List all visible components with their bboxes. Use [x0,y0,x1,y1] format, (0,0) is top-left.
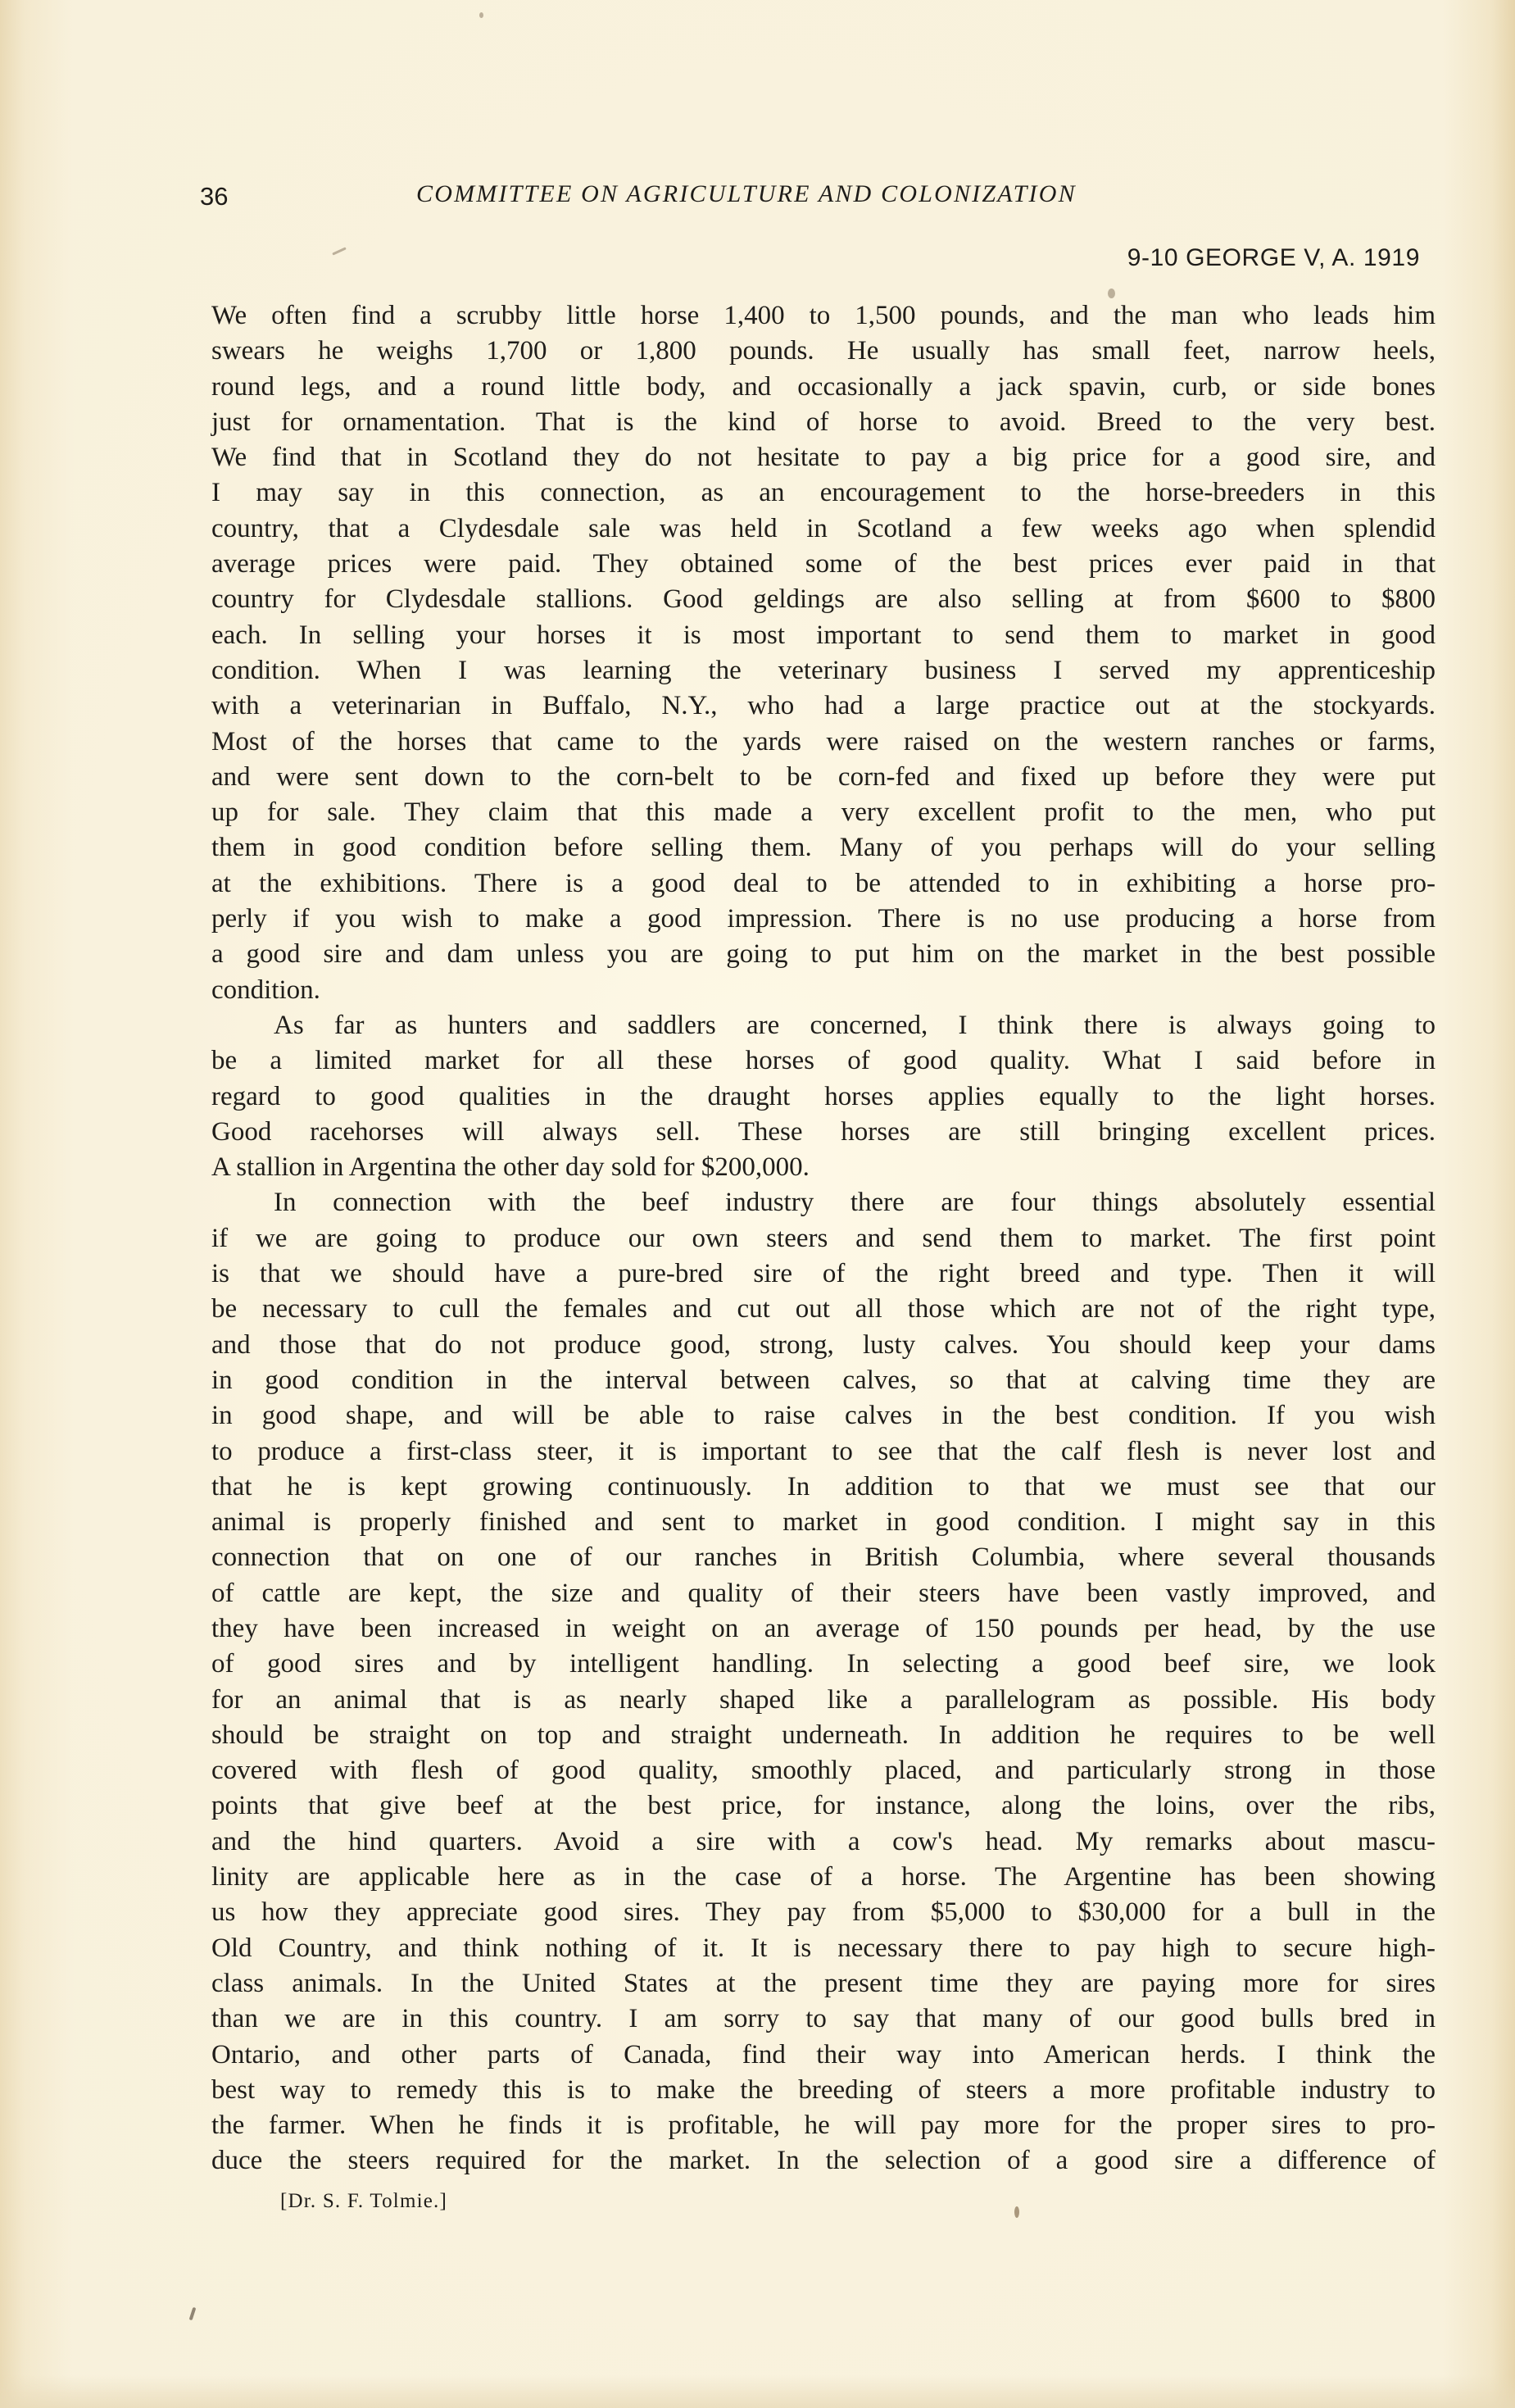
paper-speck [1012,1379,1016,1383]
text-line: Most of the horses that came to the yard… [211,725,1436,760]
page-number: 36 [200,182,228,211]
text-line: swears he weighs 1,700 or 1,800 pounds. … [211,334,1436,369]
paper-speck [332,247,347,255]
document-page: 36 COMMITTEE ON AGRICULTURE AND COLONIZA… [0,0,1515,2408]
text-line: Old Country, and think nothing of it. It… [211,1931,1436,1966]
text-line: be necessary to cull the females and cut… [211,1292,1436,1327]
text-line: and the hind quarters. Avoid a sire with… [211,1824,1436,1860]
paper-speck [479,12,483,18]
running-head-title: COMMITTEE ON AGRICULTURE AND COLONIZATIO… [416,180,1236,208]
text-line: is that we should have a pure-bred sire … [211,1256,1436,1292]
text-line: condition. When I was learning the veter… [211,653,1436,688]
text-line: in good shape, and will be able to raise… [211,1398,1436,1433]
text-line: Good racehorses will always sell. These … [211,1115,1436,1150]
text-line: of cattle are kept, the size and quality… [211,1576,1436,1611]
text-line: best way to remedy this is to make the b… [211,2073,1436,2108]
text-line: linity are applicable here as in the cas… [211,1860,1436,1895]
text-line: As far as hunters and saddlers are conce… [211,1008,1436,1043]
text-line: for an animal that is as nearly shaped l… [211,1683,1436,1718]
text-line: regard to good qualities in the draught … [211,1079,1436,1115]
paper-speck [189,2307,197,2320]
text-line: each. In selling your horses it is most … [211,618,1436,653]
text-line: with a veterinarian in Buffalo, N.Y., wh… [211,688,1436,724]
text-line: that he is kept growing continuously. In… [211,1470,1436,1505]
text-line: should be straight on top and straight u… [211,1718,1436,1753]
text-line: class animals. In the United States at t… [211,1966,1436,2001]
text-line: connection that on one of our ranches in… [211,1540,1436,1575]
text-line: they have been increased in weight on an… [211,1611,1436,1647]
text-line: country for Clydesdale stallions. Good g… [211,582,1436,617]
text-line: us how they appreciate good sires. They … [211,1895,1436,1930]
speaker-attribution: [Dr. S. F. Tolmie.] [280,2190,447,2213]
text-line: and were sent down to the corn-belt to b… [211,760,1436,795]
text-line: a good sire and dam unless you are going… [211,937,1436,972]
text-line: perly if you wish to make a good impress… [211,902,1436,937]
text-line: at the exhibitions. There is a good deal… [211,866,1436,902]
text-line: be a limited market for all these horses… [211,1043,1436,1079]
text-line: We find that in Scotland they do not hes… [211,440,1436,475]
text-line: points that give beef at the best price,… [211,1788,1436,1824]
text-line: if we are going to produce our own steer… [211,1221,1436,1256]
text-line: A stallion in Argentina the other day so… [211,1150,1436,1185]
text-line: round legs, and a round little body, and… [211,370,1436,405]
text-line: just for ornamentation. That is the kind… [211,405,1436,440]
paper-speck [1108,289,1115,298]
text-line: them in good condition before selling th… [211,830,1436,866]
text-line: duce the steers required for the market.… [211,2143,1436,2179]
text-line: up for sale. They claim that this made a… [211,795,1436,830]
text-line: condition. [211,973,1436,1008]
session-reference: 9-10 GEORGE V, A. 1919 [1127,244,1420,272]
text-line: animal is properly finished and sent to … [211,1505,1436,1540]
text-line: In connection with the beef industry the… [211,1185,1436,1220]
text-line: in good condition in the interval betwee… [211,1363,1436,1398]
text-line: than we are in this country. I am sorry … [211,2001,1436,2037]
text-line: average prices were paid. They obtained … [211,547,1436,582]
text-line: the farmer. When he finds it is profitab… [211,2108,1436,2143]
text-line: I may say in this connection, as an enco… [211,475,1436,511]
text-line: country, that a Clydesdale sale was held… [211,511,1436,547]
text-line: covered with flesh of good quality, smoo… [211,1753,1436,1788]
paper-speck [1014,2206,1019,2218]
text-line: We often find a scrubby little horse 1,4… [211,298,1436,334]
body-text: We often find a scrubby little horse 1,4… [211,298,1436,2179]
text-line: of good sires and by intelligent handlin… [211,1647,1436,1682]
text-line: and those that do not produce good, stro… [211,1328,1436,1363]
text-line: to produce a first-class steer, it is im… [211,1434,1436,1470]
text-line: Ontario, and other parts of Canada, find… [211,2038,1436,2073]
